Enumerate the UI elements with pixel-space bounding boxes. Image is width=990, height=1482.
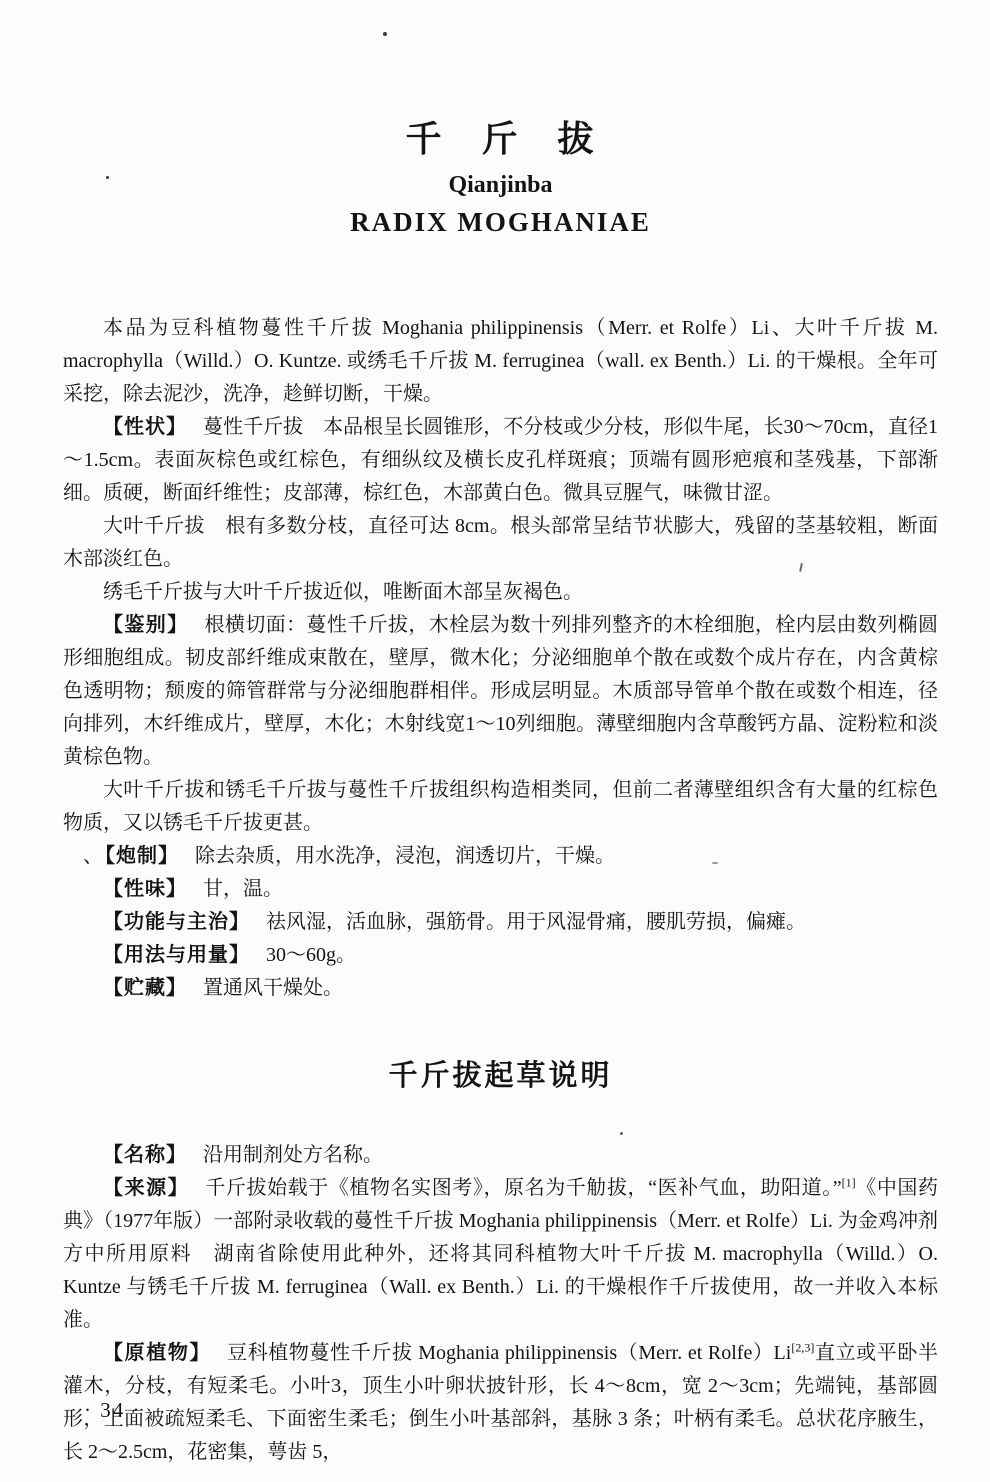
section-xiumaoqianjinba: 绣毛千斤拔与大叶千斤拔近似，唯断面木部呈灰褐色。	[63, 576, 938, 609]
section-label: 【炮制】	[105, 845, 179, 867]
scan-speck	[106, 176, 109, 179]
section-label: 【来源】	[103, 1177, 189, 1199]
section-text: 祛风湿，活血脉，强筋骨。用于风湿骨痛，腰肌劳损，偏瘫。	[266, 911, 806, 933]
section-text: 置通风干燥处。	[203, 977, 343, 999]
intro-paragraph: 本品为豆科植物蔓性千斤拔 Moghania philippinensis（Mer…	[63, 312, 938, 411]
section-yongfa: 【用法与用量】30～60g。	[63, 939, 938, 972]
section-yuanzhiwu: 【原植物】豆科植物蔓性千斤拔 Moghania philippinensis（M…	[63, 1337, 938, 1469]
notes-body: 【名称】沿用制剂处方名称。 【来源】千斤拔始载于《植物名实图考》，原名为千觔拔，…	[63, 1139, 938, 1469]
section-text: 大叶千斤拔和锈毛千斤拔与蔓性千斤拔组织构造相类同，但前二者薄壁组织含有大量的红棕…	[63, 779, 938, 834]
section-dayeqianjinba: 大叶千斤拔 根有多数分枝，直径可达 8cm。根头部常呈结节状膨大，残留的茎基较粗…	[63, 510, 938, 576]
title-pinyin: Qianjinba	[63, 170, 938, 200]
section-mingcheng: 【名称】沿用制剂处方名称。	[63, 1139, 938, 1172]
section-label: 【性味】	[103, 878, 187, 900]
page-number: · 34 ·	[84, 1398, 142, 1423]
section-label: 【用法与用量】	[103, 944, 250, 966]
title-latin: RADIX MOGHANIAE	[63, 206, 938, 238]
section-gongneng: 【功能与主治】祛风湿，活血脉，强筋骨。用于风湿骨痛，腰肌劳损，偏瘫。	[63, 906, 938, 939]
dun-mark: 、	[83, 845, 103, 867]
scanned-document-page: 千 斤 拔 Qianjinba RADIX MOGHANIAE 本品为豆科植物蔓…	[0, 0, 990, 1482]
notes-heading: 千斤拔起草说明	[63, 1059, 938, 1093]
section-text: 30～60g。	[266, 944, 356, 966]
section-label: 【名称】	[103, 1144, 187, 1166]
monograph-title-block: 千 斤 拔 Qianjinba RADIX MOGHANIAE	[63, 118, 938, 238]
section-text: 根横切面：蔓性千斤拔，木栓层为数十列排列整齐的木栓细胞，栓内层由数列椭圆形细胞组…	[63, 614, 938, 768]
scan-speck	[383, 32, 387, 36]
citation-superscript: [2,3]	[791, 1340, 814, 1354]
section-label: 【原植物】	[103, 1342, 211, 1364]
section-text: 沿用制剂处方名称。	[203, 1144, 383, 1166]
scan-speck	[712, 862, 718, 864]
section-zhucang: 【贮藏】置通风干燥处。	[63, 972, 938, 1005]
section-paozhi: 、【炮制】除去杂质，用水洗净，浸泡，润透切片，干燥。	[63, 840, 938, 873]
section-text: 除去杂质，用水洗净，浸泡，润透切片，干燥。	[195, 845, 615, 867]
section-comparison: 大叶千斤拔和锈毛千斤拔与蔓性千斤拔组织构造相类同，但前二者薄壁组织含有大量的红棕…	[63, 774, 938, 840]
section-xingzhuang: 【性状】蔓性千斤拔 本品根呈长圆锥形，不分枝或少分枝，形似牛尾，长30～70cm…	[63, 411, 938, 510]
section-laiyuan: 【来源】千斤拔始载于《植物名实图考》，原名为千觔拔，“医补气血，助阳道。”[1]…	[63, 1172, 938, 1337]
section-label: 【鉴别】	[103, 614, 189, 636]
section-text: 豆科植物蔓性千斤拔 Moghania philippinensis（Merr. …	[227, 1342, 791, 1364]
section-text: 大叶千斤拔 根有多数分枝，直径可达 8cm。根头部常呈结节状膨大，残留的茎基较粗…	[63, 515, 938, 570]
section-text: 蔓性千斤拔 本品根呈长圆锥形，不分枝或少分枝，形似牛尾，长30～70cm，直径1…	[63, 416, 938, 504]
section-text: 千斤拔始载于《植物名实图考》，原名为千觔拔，“医补气血，助阳道。”	[205, 1177, 841, 1199]
section-jianbie: 【鉴别】根横切面：蔓性千斤拔，木栓层为数十列排列整齐的木栓细胞，栓内层由数列椭圆…	[63, 609, 938, 774]
section-text: 甘，温。	[203, 878, 283, 900]
citation-superscript: [1]	[842, 1175, 856, 1189]
intro-text: 本品为豆科植物蔓性千斤拔 Moghania philippinensis（Mer…	[63, 317, 938, 405]
scan-speck	[620, 1132, 623, 1135]
section-text: 绣毛千斤拔与大叶千斤拔近似，唯断面木部呈灰褐色。	[103, 581, 583, 603]
title-chinese: 千 斤 拔	[63, 118, 938, 160]
monograph-body: 本品为豆科植物蔓性千斤拔 Moghania philippinensis（Mer…	[63, 312, 938, 1005]
section-xingwei: 【性味】甘，温。	[63, 873, 938, 906]
section-label: 【性状】	[103, 416, 187, 438]
section-label: 【功能与主治】	[103, 911, 250, 933]
section-label: 【贮藏】	[103, 977, 187, 999]
section-text: 《中国药典》（1977年版）一部附录收载的蔓性千斤拔 Moghania phil…	[63, 1177, 938, 1331]
